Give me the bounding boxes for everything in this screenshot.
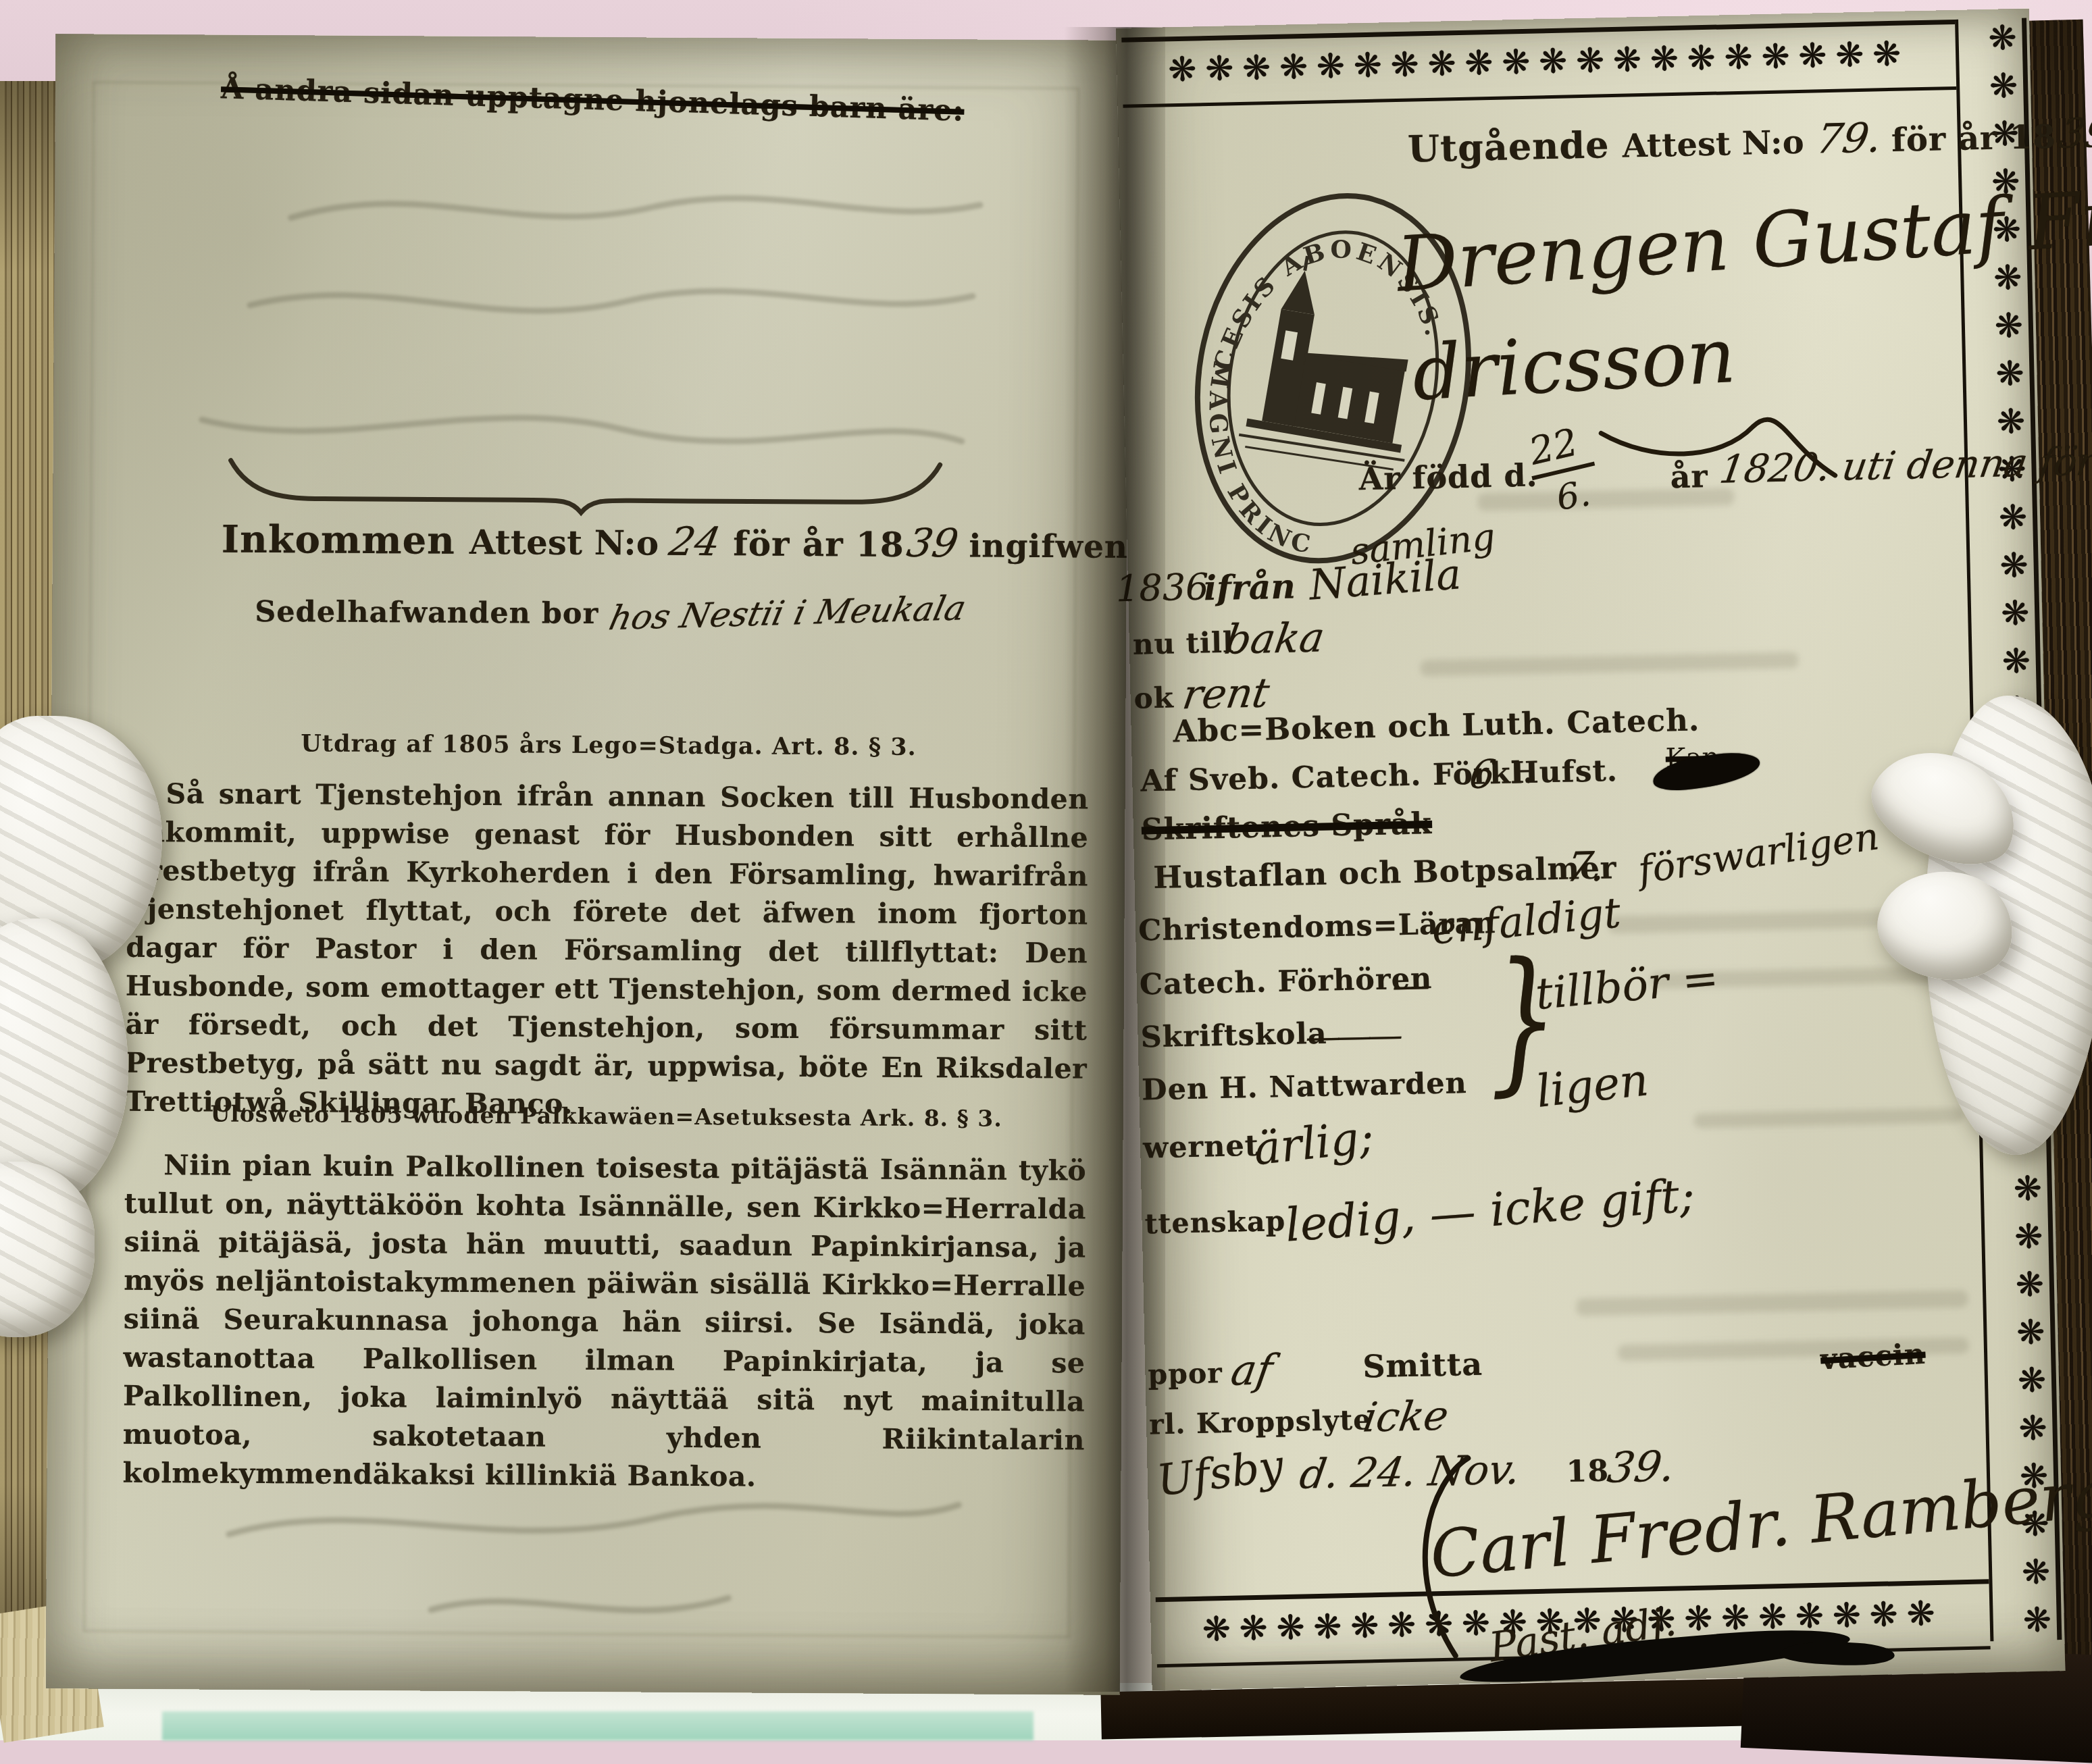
- teal-table-edge: [162, 1711, 1034, 1740]
- marital-label-fragment: ttenskap: [1144, 1205, 1285, 1241]
- left-page: Å andra sidan upptagne hjonelags barn är…: [46, 34, 1130, 1695]
- marital-value-handwritten: ledig, — icke gift;: [1283, 1169, 1696, 1253]
- title-word-for-ar: för år 18: [1891, 118, 2057, 159]
- hustaflan-label: Hustaflan och Botpsalmer: [1153, 850, 1617, 896]
- bleedthrough-text-bar: [1421, 652, 1799, 676]
- lefverne-value-handwritten: ärlig;: [1251, 1111, 1376, 1176]
- defect-label-fragment: rl. Kroppslyte: [1149, 1403, 1372, 1441]
- rosette-border-top: ❋❋❋❋❋❋❋❋❋❋❋❋❋❋❋❋❋❋❋❋: [1121, 20, 1956, 108]
- attest-number-handwritten: 79.: [1813, 114, 1885, 163]
- pox-vaccin-struck: vaccin: [1820, 1337, 1927, 1376]
- ghost-handwriting-bottom: [147, 1439, 993, 1667]
- birth-year-and-parish-handwritten: 1820. uti denna för=: [1716, 438, 2092, 492]
- forhoren-grade-handwritten: tillbör =: [1533, 954, 1720, 1020]
- hustaflan-grade-handwritten: förswarligen: [1635, 814, 1882, 893]
- place-handwritten: Ufsby: [1154, 1441, 1286, 1507]
- bleedthrough-text-bar: [1576, 1290, 1968, 1316]
- nattvarden-label: Den H. Nattwarden: [1142, 1066, 1468, 1107]
- title-word-utgaende: Utgående: [1407, 123, 1610, 170]
- nattvarden-grade-handwritten: ligen: [1534, 1054, 1651, 1118]
- person-name-line2: dricsson: [1410, 312, 1738, 418]
- moved-ifran-handwritten: ifrån: [1203, 566, 1296, 608]
- holder-label: Sedelhafwanden bor: [255, 595, 598, 631]
- born-year-label: år: [1670, 458, 1708, 495]
- pox-af-handwritten: af: [1228, 1345, 1276, 1395]
- moved-place-handwritten: Naikila: [1308, 549, 1463, 609]
- attest-number-handwritten: 24: [666, 519, 724, 565]
- hustaflan-count-handwritten: 7.: [1563, 843, 1609, 891]
- forhoren-dash-handwritten: —: [1392, 963, 1430, 1008]
- defect-value-handwritten: icke: [1360, 1393, 1452, 1442]
- forhoren-label: Catech. Förhören: [1139, 962, 1432, 1002]
- date-year-printed: 18: [1566, 1454, 1609, 1489]
- skriftskola-dash-handwritten: ———: [1305, 1015, 1399, 1058]
- title-word-attest-no: Attest N:o: [469, 522, 659, 563]
- holder-value-handwritten: hos Nestii i Meukala: [606, 588, 970, 638]
- photo-of-open-parish-register: Å andra sidan upptagne hjonelags barn är…: [0, 0, 2092, 1740]
- skriftskola-label: Skriftskola: [1140, 1017, 1327, 1055]
- title-word-for-ar: för år 18: [733, 523, 904, 565]
- row-skriftenes-sprak-struck: Skriftenes Språk: [1141, 806, 1432, 847]
- returned-handwritten: baka: [1221, 614, 1327, 663]
- forklaring-label2: Hufst.: [1510, 754, 1618, 790]
- attest-year-handwritten: 39: [903, 520, 961, 566]
- curly-brace-ornament: [225, 448, 948, 517]
- right-gloved-hand: [1871, 696, 2092, 1195]
- certificate-holder-line: Sedelhafwanden bor hos Nestii i Meukala: [255, 590, 964, 633]
- title-word-inkommen: Inkommen: [222, 517, 455, 563]
- left-gloved-hand: [0, 716, 176, 1337]
- date-year-handwritten: 39.: [1604, 1441, 1679, 1492]
- title-word-attest-no: Attest N:o: [1622, 124, 1804, 165]
- swedish-extract-heading: Utdrag af 1805 års Lego=Stadga. Art. 8. …: [126, 729, 1092, 762]
- swedish-extract-paragraph: Så snart Tjenstehjon ifrån annan Socken …: [125, 775, 1089, 1127]
- born-label: Är född d.: [1358, 457, 1538, 498]
- attest-year-handwritten: 39.: [2056, 109, 2092, 157]
- book-gutter-shadow: [1064, 27, 1165, 1692]
- pox-smitta-label: Smitta: [1362, 1346, 1483, 1385]
